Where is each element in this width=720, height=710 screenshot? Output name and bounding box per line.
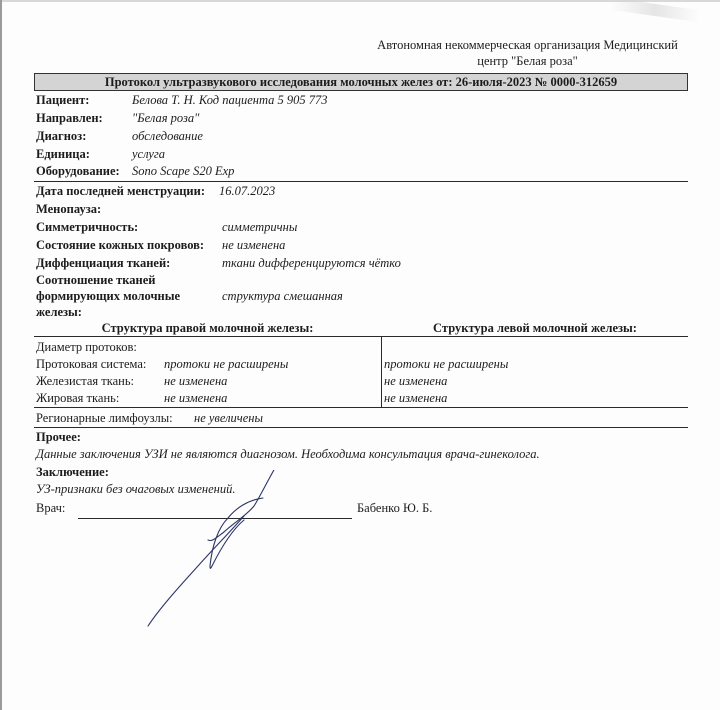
scan-edge-left [0,0,2,710]
referred-label: Направлен: [36,111,103,126]
menopause-label: Менопауза: [36,202,101,217]
duct-system-label: Протоковая система: [36,357,146,372]
divider [34,181,688,182]
signature-icon [120,470,280,630]
patient-label: Пациент: [36,93,89,108]
other-text: Данные заключения УЗИ не являются диагно… [36,447,540,462]
ratio-label-line1: Соотношение тканей [36,273,156,288]
scan-artifact [610,0,701,22]
org-name-line2: центр "Белая роза" [340,54,715,69]
ratio-value: структура смешанная [222,289,343,304]
differentiation-label: Диффенциация тканей: [36,256,170,271]
left-breast-header: Структура левой молочной железы: [382,321,688,336]
doctor-label: Врач: [36,501,65,516]
symmetry-value: симметричны [222,220,297,235]
fat-tissue-right: не изменена [164,391,227,406]
skin-value: не изменена [222,238,285,253]
last-menstruation-value: 16.07.2023 [219,184,275,199]
fat-tissue-left: не изменена [384,391,447,406]
skin-label: Состояние кожных покровов: [36,238,204,253]
doctor-name: Бабенко Ю. Б. [357,501,432,516]
equipment-label: Оборудование: [36,164,120,179]
right-breast-header: Структура правой молочной железы: [34,321,381,336]
glandular-tissue-left: не изменена [384,374,447,389]
ratio-label-line2: формирующих молочные [36,289,180,304]
ratio-label-line3: железы: [36,305,82,320]
differentiation-value: ткани дифференцируются чётко [222,256,401,271]
document-title: Протокол ультразвукового исследования мо… [34,73,688,91]
duct-system-right: протоки не расширены [164,357,288,372]
org-name-line1: Автономная некоммерческая организация Ме… [340,38,715,53]
referred-value: "Белая роза" [132,111,199,126]
diagnosis-value: обследование [132,129,203,144]
table-body-divider [34,407,688,408]
duct-diameter-label: Диаметр протоков: [36,340,137,355]
patient-value: Белова Т. Н. Код пациента 5 905 773 [132,93,328,108]
other-label: Прочее: [36,430,81,445]
glandular-tissue-label: Железистая ткань: [36,374,134,389]
glandular-tissue-right: не изменена [164,374,227,389]
table-column-divider [381,336,382,407]
lymph-nodes-label: Регионарные лимфоузлы: [36,411,173,426]
last-menstruation-label: Дата последней менструации: [36,184,205,199]
unit-label: Единица: [36,147,90,162]
equipment-value: Sono Scape S20 Exp [132,164,234,179]
table-bottom-divider [34,427,688,428]
symmetry-label: Симметричность: [36,220,138,235]
lymph-nodes-value: не увеличены [194,411,263,426]
fat-tissue-label: Жировая ткань: [36,391,119,406]
conclusion-label: Заключение: [36,465,109,480]
diagnosis-label: Диагноз: [36,129,86,144]
table-header-divider [34,336,688,337]
duct-system-left: протоки не расширены [384,357,508,372]
unit-value: услуга [132,147,165,162]
